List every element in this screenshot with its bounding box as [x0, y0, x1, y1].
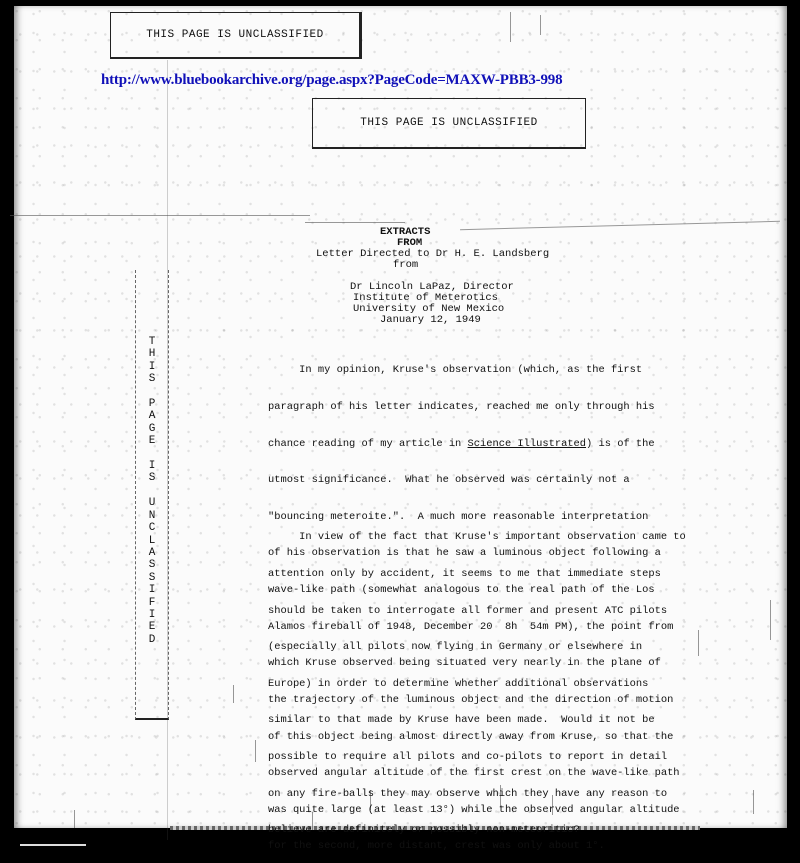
scratch-mark [753, 790, 754, 814]
fold-line [10, 215, 310, 216]
line: paragraph of his letter indicates, reach… [268, 401, 648, 413]
line-part: ) is of the [586, 438, 655, 450]
line: attention only by accident, it seems to … [268, 568, 648, 580]
scratch-mark [255, 740, 256, 762]
line: similar to that made by Kruse have been … [268, 714, 648, 726]
source-url-link[interactable]: http://www.bluebookarchive.org/page.aspx… [101, 72, 562, 89]
scratch-mark [74, 810, 75, 828]
unclassified-stamp-vertical-text: T H I S P A G E I S U N C L A S S I F I … [145, 336, 159, 646]
scan-artifact [20, 844, 86, 846]
stamp-text: THIS PAGE IS UNCLASSIFIED [360, 117, 538, 129]
line-part: chance reading of my article in [268, 438, 468, 450]
line: possible to require all pilots and co-pi… [268, 751, 648, 763]
line: believe are definitely or possibly non-m… [268, 824, 648, 836]
scratch-mark [698, 630, 699, 656]
line: In view of the fact that Kruse's importa… [268, 531, 648, 543]
unclassified-stamp-top-center: THIS PAGE IS UNCLASSIFIED [312, 98, 586, 149]
line: In my opinion, Kruse's observation (whic… [268, 364, 648, 376]
article-title: Science Illustrated [468, 438, 586, 450]
scratch-mark [233, 685, 234, 703]
heading-from-lower: from [393, 259, 418, 271]
paragraph-2: In view of the fact that Kruse's importa… [268, 507, 648, 849]
scratch-mark [510, 12, 511, 42]
line: utmost significance. What he observed wa… [268, 474, 648, 486]
stamp-text: THIS PAGE IS UNCLASSIFIED [146, 29, 324, 41]
letter-date: January 12, 1949 [380, 314, 481, 326]
fold-line [305, 222, 405, 223]
line: chance reading of my article in Science … [268, 438, 648, 450]
line: on any fire-balls they may observe which… [268, 788, 648, 800]
unclassified-stamp-top-left: THIS PAGE IS UNCLASSIFIED [110, 12, 362, 59]
scratch-mark [770, 600, 771, 640]
line: should be taken to interrogate all forme… [268, 605, 648, 617]
line: (especially all pilots now flying in Ger… [268, 641, 648, 653]
line: Europe) in order to determine whether ad… [268, 678, 648, 690]
heading-letter-directed: Letter Directed to Dr H. E. Landsberg [316, 248, 549, 260]
scratch-mark [540, 15, 541, 35]
